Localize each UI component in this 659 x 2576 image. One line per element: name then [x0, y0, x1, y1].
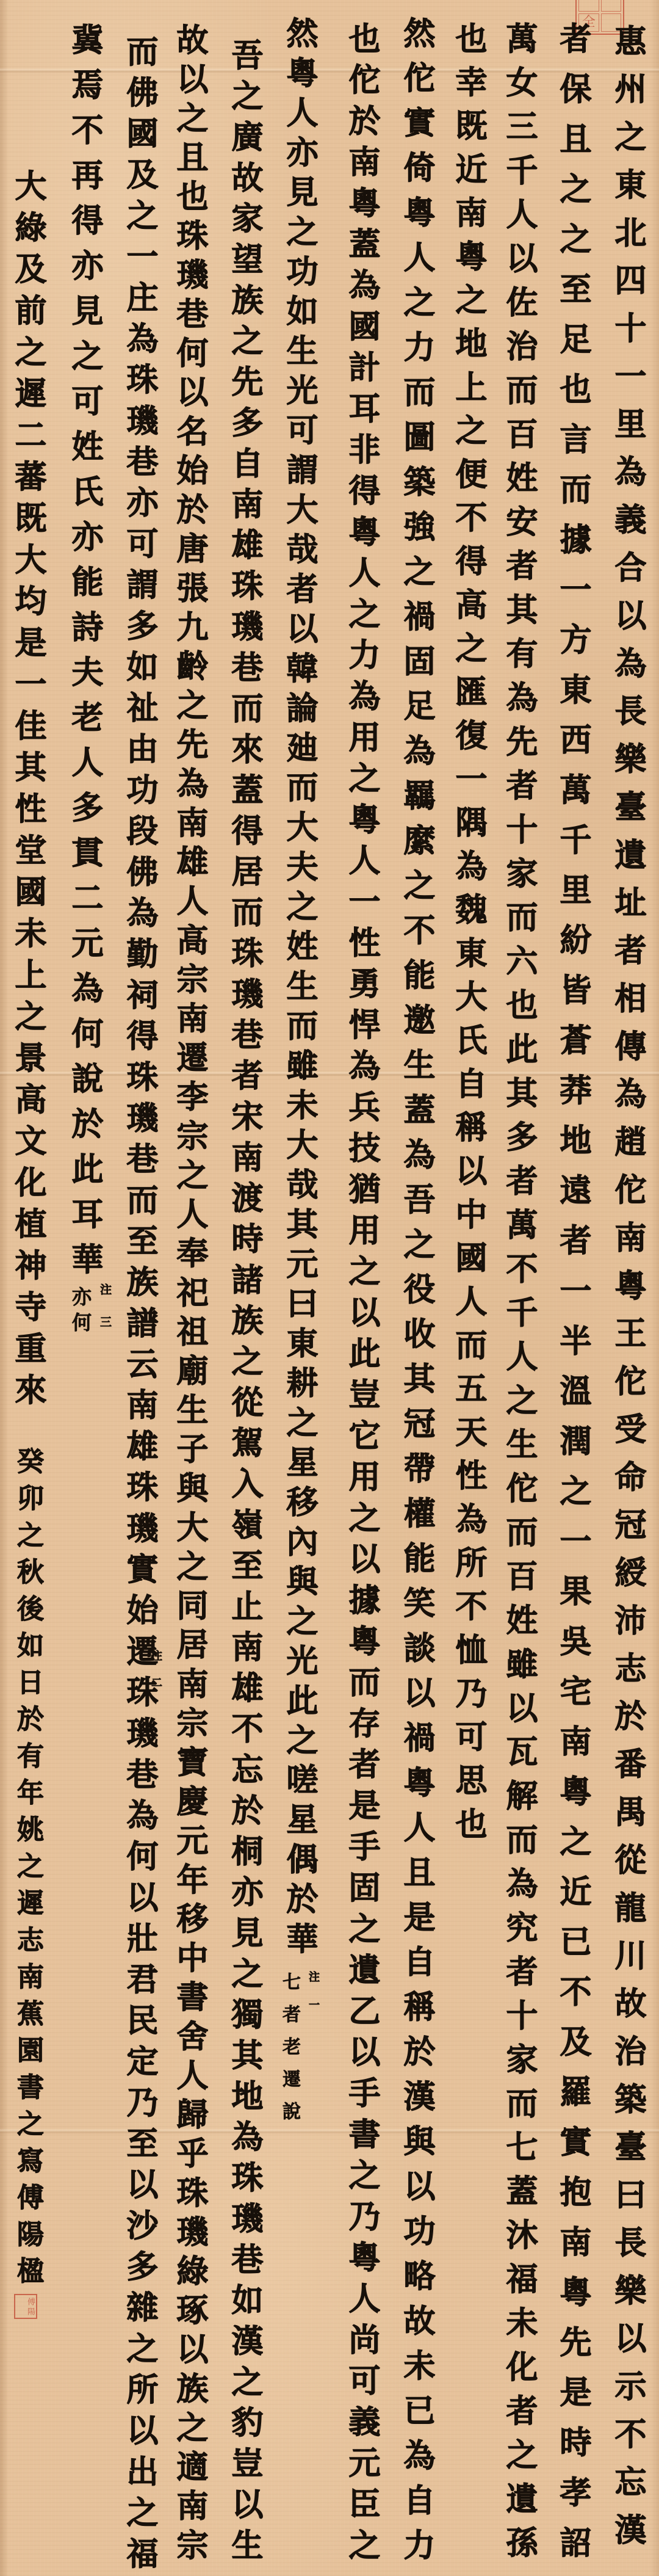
- text-column-12: 大綠及前之遲二蕃既大均是一佳其性堂國未上之景高文化植神寺重來: [5, 169, 50, 1405]
- column-text: 惠州之東北四十一里為義合以為長樂臺遺址者相傳為趙佗南粵王佗受命冠綬沛志於番禺從龍…: [609, 24, 646, 2545]
- text-column-8: 吾之廣故家望族之先多自南雄珠璣巷而來蓋得居而珠璣巷者宋南渡時諸族之從駕入嶺至止南…: [221, 38, 267, 2560]
- seal-char: 陽: [16, 2307, 35, 2317]
- text-column-10: 而佛國及之一庄為珠璣巷亦可謂多如祉由功段佛為勤祠得珠璣巷而至族譜云南雄珠璣實始遷…: [117, 35, 162, 2569]
- seal-stamp-signature: 傅 陽: [14, 2294, 37, 2319]
- column-text: 也佗於南粵蓋為國計耳非得粵人之力為用之粵人一性勇悍為兵技猶用之以此豈它用之以據粵…: [343, 22, 380, 2560]
- column-text: 然佗實倚粵人之力而圖築強之禍固足為羈縻之不能邀生蓋為吾之役收其冠帶權能笑談以禍粵…: [398, 16, 435, 2560]
- text-column-3: 萬女三千人以佐治而百姓安者其有為先者十家而六也此其多者萬不千人之生佗而百姓雖以瓦…: [496, 22, 541, 2558]
- text-column-1: 惠州之東北四十一里為義合以為長樂臺遺址者相傳為趙佗南粵王佗受命冠綬沛志於番禺從龍…: [605, 24, 650, 2545]
- column-text: 故以之且也珠璣巷何以名始於唐張九齡之先為南雄人高宗南遷李宗之人奉祀祖廟生子與大之…: [171, 23, 208, 2560]
- signature: 傅陽楹: [12, 2183, 43, 2284]
- column-text: 萬女三千人以佐治而百姓安者其有為先者十家而六也此其多者萬不千人之生佗而百姓雖以瓦…: [500, 22, 538, 2558]
- annotation-note: 七者老遷說: [278, 1972, 301, 2120]
- column-text: 而佛國及之一庄為珠璣巷亦可謂多如祉由功段佛為勤祠得珠璣巷而至族譜云南雄珠璣實始遷…: [121, 35, 158, 2569]
- column-text: 大綠及前之遲二蕃既大均是一佳其性堂國未上之景高文化植神寺重來: [9, 169, 46, 1405]
- column-text: 者保且之之至足也言而據一方東西萬千里紛皆蒼莽地遠者一半溫潤之一果吳宅南粵之近已不…: [554, 22, 591, 2558]
- colophon: 癸卯之秋後如日於有年姚之遲志南蕉園書之寫傅陽楹: [7, 1447, 48, 2284]
- column-text: 吾之廣故家望族之先多自南雄珠璣巷而來蓋得居而珠璣巷者宋南渡時諸族之從駕入嶺至止南…: [226, 38, 263, 2560]
- seal-cell: [578, 0, 599, 12]
- annotation-note: 亦何: [67, 1286, 94, 1332]
- text-column-4: 也幸既近南粵之地上之便不得高之匯復一隅為魏東大氏自稱以中國人而五天性為所不恤乃可…: [445, 22, 491, 1839]
- seal-cell: [601, 0, 622, 12]
- seal-char: 傅: [16, 2296, 35, 2307]
- text-column-5: 然佗實倚粵人之力而圖築強之禍固足為羈縻之不能邀生蓋為吾之役收其冠帶權能笑談以禍粵…: [394, 16, 439, 2560]
- annotation-marker: 注二: [149, 1650, 162, 1688]
- colophon-text: 癸卯之秋後如日於有年姚之遲志南蕉園書之寫: [12, 1447, 43, 2183]
- column-text: 也幸既近南粵之地上之便不得高之匯復一隅為魏東大氏自稱以中國人而五天性為所不恤乃可…: [450, 22, 487, 1839]
- text-column-2: 者保且之之至足也言而據一方東西萬千里紛皆蒼莽地遠者一半溫潤之一果吳宅南粵之近已不…: [550, 22, 595, 2558]
- text-column-9: 故以之且也珠璣巷何以名始於唐張九齡之先為南雄人高宗南遷李宗之人奉祀祖廟生子與大之…: [167, 23, 212, 2560]
- column-text: 冀焉不再得亦見之可姓氏亦能詩夫老人多貫二元為何說於此耳華: [66, 23, 103, 1274]
- calligraphy-scroll: 全 惠州之東北四十一里為義合以為長樂臺遺址者相傳為趙佗南粵王佗受命冠綬沛志於番禺…: [0, 0, 659, 2576]
- text-column-6: 也佗於南粵蓋為國計耳非得粵人之力為用之粵人一性勇悍為兵技猶用之以此豈它用之以據粵…: [339, 22, 384, 2560]
- text-column-11: 冀焉不再得亦見之可姓氏亦能詩夫老人多貫二元為何說於此耳華: [62, 23, 107, 1274]
- annotation-marker: 注三: [98, 1283, 112, 1327]
- text-column-7: 然粵人亦見之功如生光可謂大哉者以韓論廸而大夫之姓生而雖未大哉其元曰東耕之星移內與…: [276, 16, 322, 1954]
- annotation-marker: 注一: [307, 1971, 319, 2010]
- column-text: 然粵人亦見之功如生光可謂大哉者以韓論廸而大夫之姓生而雖未大哉其元曰東耕之星移內與…: [281, 16, 318, 1954]
